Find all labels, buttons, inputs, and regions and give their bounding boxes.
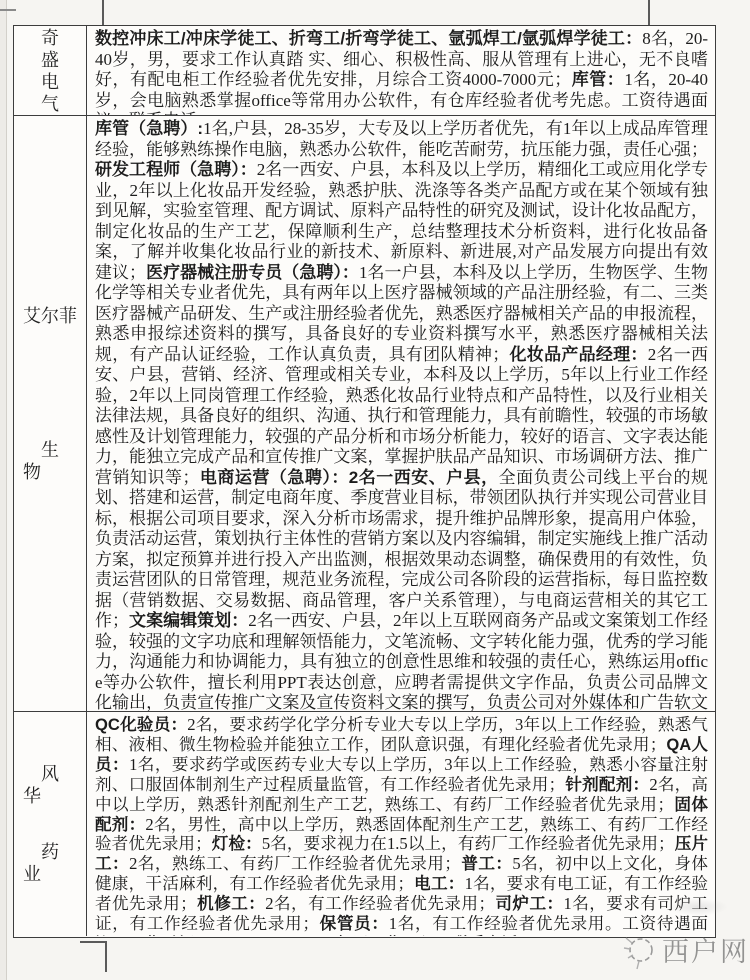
company-name-char: 风 [14, 763, 86, 785]
job-detail-text: 全面负责公司线上平台的规划、搭建和运营，制定电商年度、季度营业目标，带领团队执行… [95, 468, 708, 631]
job-detail-text: 2名，要求药学化学分析专业大专以上学历，3年以上工作经验，熟悉气相、液相、微生物… [95, 715, 708, 754]
scanned-job-ads-page: { "logo": { "text": "西户网" }, "rows": [ {… [0, 0, 750, 980]
job-title: 化妆品产品经理： [509, 345, 647, 364]
scan-edge-line [6, 0, 7, 980]
company-name-char: 盛 [14, 49, 86, 71]
job-title: 普工： [461, 854, 513, 873]
site-logo: 西户网 [622, 928, 749, 970]
table-row-aierfei-bio: 艾尔菲生物 库管（急聘）:1名,户县，28-35岁，大专及以上学历者优先，有1年… [14, 116, 715, 712]
job-title: 库管： [571, 70, 624, 89]
job-title: 机修工： [197, 894, 266, 913]
company-name-char: 药 [14, 841, 86, 863]
job-detail-text: 5名，要求视力在1.5以上，有药厂工作经验者优先录用； [262, 834, 675, 853]
company-name-char: 华 [14, 785, 86, 807]
job-description-aierfei: 库管（急聘）:1名,户县，28-35岁，大专及以上学历者优先，有1年以上成品库管… [87, 116, 715, 711]
faint-watermark [668, 898, 728, 916]
company-name-char: 电 [14, 71, 86, 93]
job-title: 灯检： [212, 834, 262, 853]
sketch-circle-icon [622, 928, 658, 970]
top-left-line-artifact [0, 9, 16, 11]
job-description-fenghua: QC化验员：2名，要求药学化学分析专业大专以上学历，3年以上工作经验，熟悉气相、… [87, 712, 715, 936]
top-column-stub-left [102, 0, 104, 25]
bottom-stub-vertical [105, 941, 107, 972]
company-name-char: 奇 [14, 27, 86, 49]
job-detail-text: 2名一西安、户县，营销、经济、管理或相关专业，本科及以上学历，5年以上行业工作经… [95, 345, 708, 487]
logo-text: 西户网 [662, 930, 749, 969]
job-title: 司炉工： [495, 894, 564, 913]
job-title: 医疗器械注册专员（急聘）： [146, 263, 359, 282]
company-name-char: 业 [14, 863, 86, 885]
job-title: 研发工程师（急聘）： [95, 160, 257, 179]
job-detail-text: 2名，熟练工、有药厂工作经验者优先录用； [129, 854, 461, 873]
company-cell-qisheng: 奇盛电气 [14, 26, 87, 115]
table-row-fenghua-pharma: 风华药业 QC化验员：2名，要求药学化学分析专业大专以上学历，3年以上工作经验，… [14, 712, 715, 936]
company-name-char: 生 [14, 439, 86, 461]
company-name-char: 气 [14, 93, 86, 115]
job-title: 针剂配剂： [565, 775, 649, 794]
job-title: 电商运营（急聘）：2名一西安、户县， [199, 468, 498, 487]
job-title: 数控冲床工/冲床学徒工、折弯工/折弯学徒工、氩弧焊工/氩弧焊学徒工： [95, 29, 642, 48]
job-description-qisheng: 数控冲床工/冲床学徒工、折弯工/折弯学徒工、氩弧焊工/氩弧焊学徒工：8名，20-… [87, 26, 715, 115]
job-title: 保管员： [319, 914, 389, 933]
bottom-stub-horizontal [80, 941, 107, 943]
job-title: 库管（急聘）: [95, 119, 203, 138]
top-column-stub-right [648, 0, 650, 25]
job-title: 文案编辑策划： [129, 611, 248, 630]
jobs-table: 奇盛电气 数控冲床工/冲床学徒工、折弯工/折弯学徒工、氩弧焊工/氩弧焊学徒工：8… [13, 25, 716, 938]
job-title: 电工： [414, 874, 465, 893]
company-name-char: 艾尔菲 [14, 305, 86, 327]
company-cell-fenghua: 风华药业 [14, 712, 87, 936]
company-name-char: 物 [14, 461, 86, 483]
job-title: QC化验员： [95, 715, 187, 734]
table-row-qisheng-electric: 奇盛电气 数控冲床工/冲床学徒工、折弯工/折弯学徒工、氩弧焊工/氩弧焊学徒工：8… [14, 26, 715, 116]
job-detail-text: 2名，有工作经验者优先录用； [265, 894, 495, 913]
company-cell-aierfei: 艾尔菲生物 [14, 116, 87, 711]
